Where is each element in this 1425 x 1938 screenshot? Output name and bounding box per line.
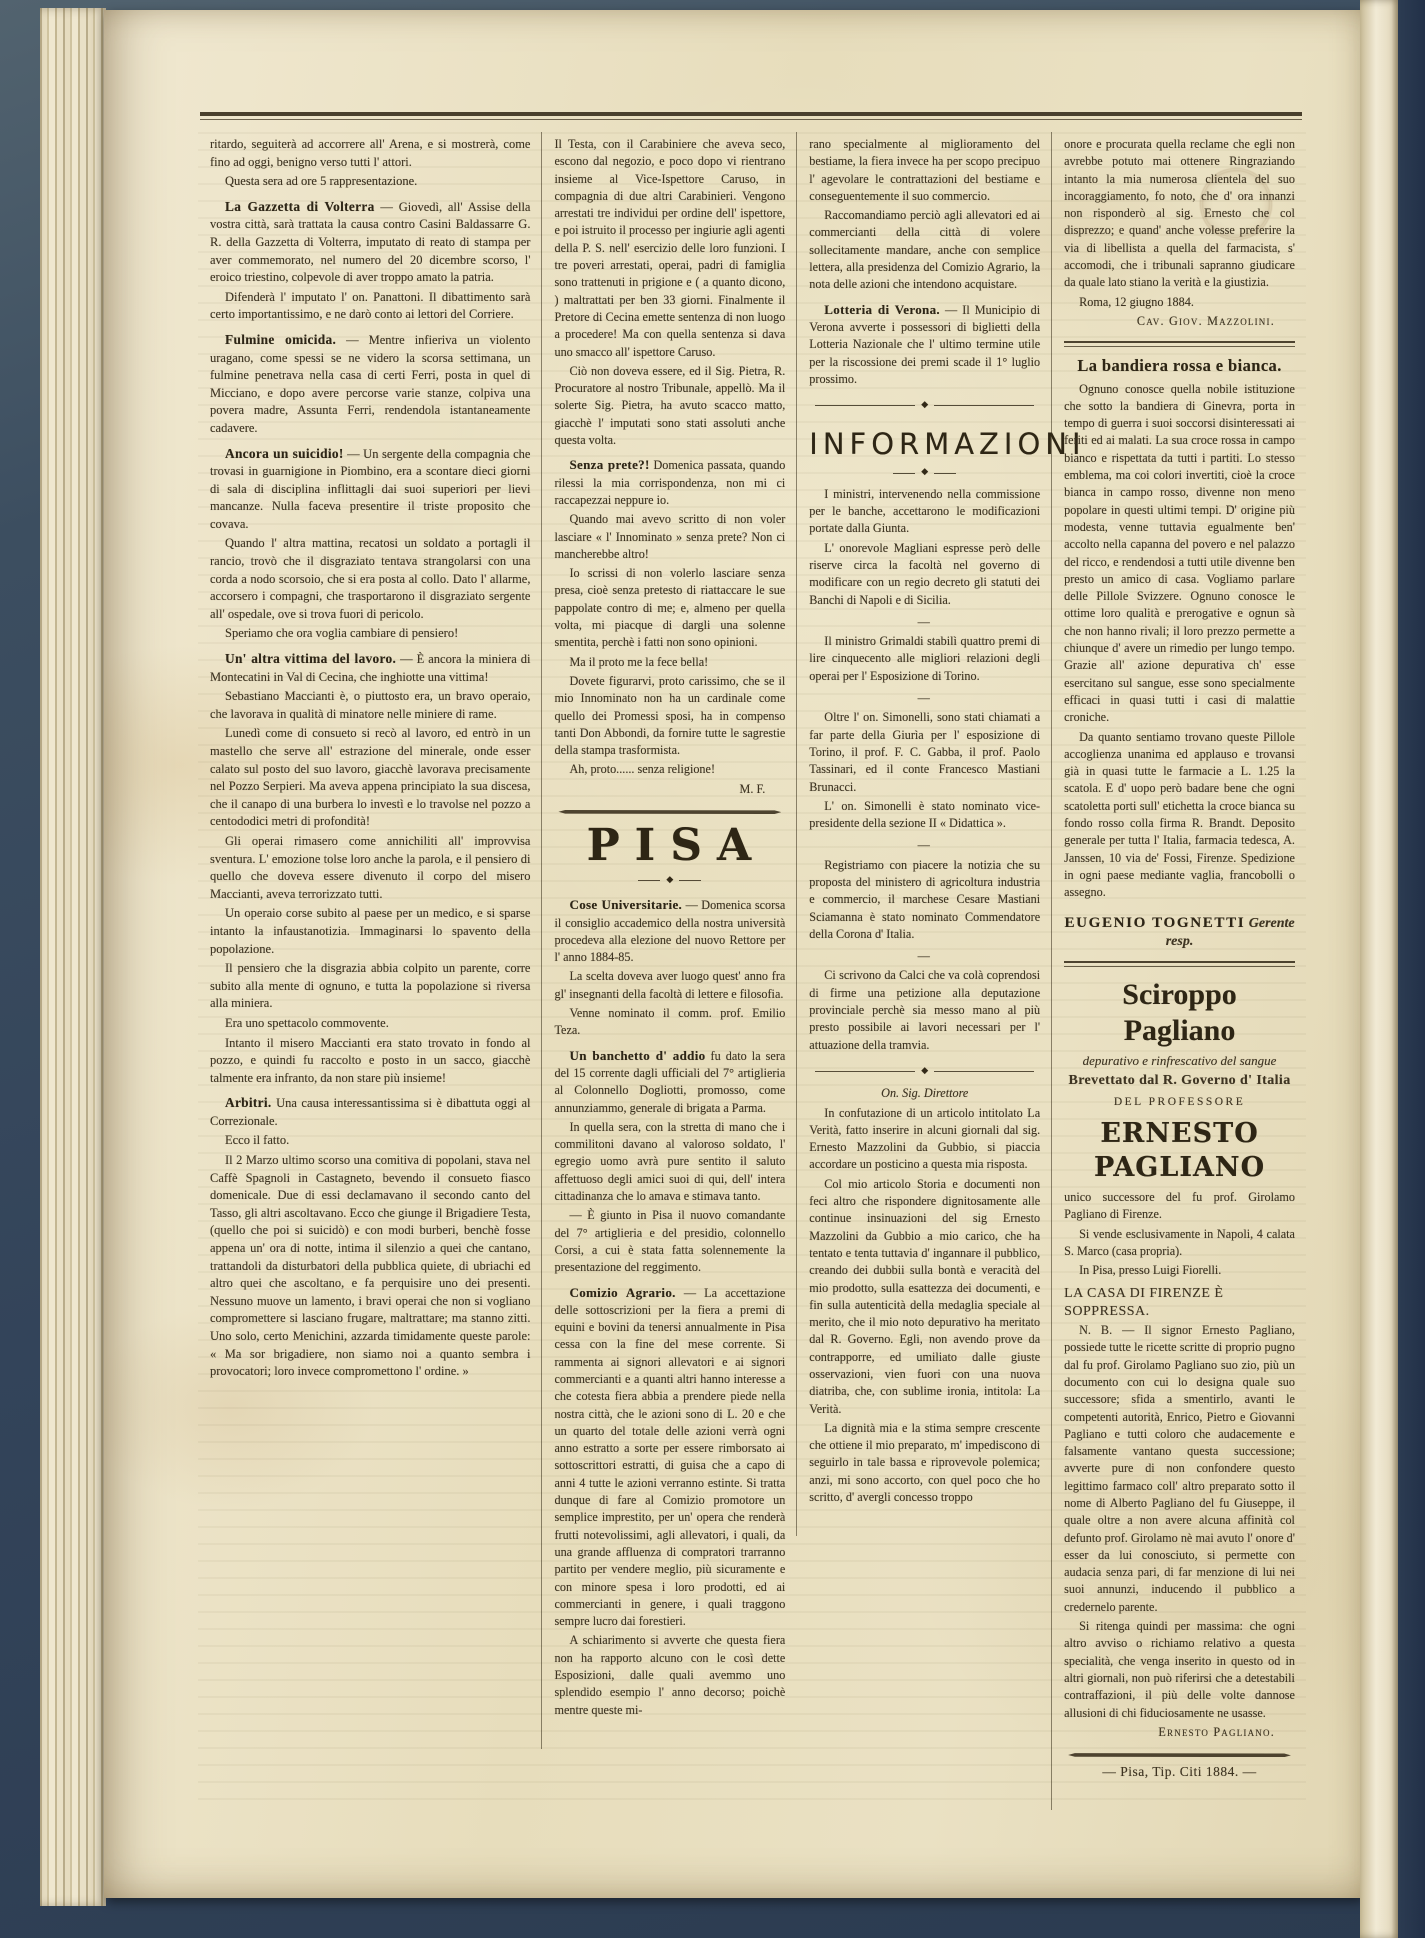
item-separator-dash: — — [809, 948, 1040, 965]
section-rule — [558, 810, 781, 814]
article-lead-heading: EUGENIO TOGNETTI — [1064, 915, 1245, 931]
ad-signature: Ernesto Pagliano. — [1064, 1724, 1295, 1741]
article-paragraph: Comizio Agrario. — La accettazione delle… — [554, 1284, 785, 1631]
article-paragraph: La scelta doveva aver luogo quest' anno … — [554, 968, 785, 1003]
column-2: Il Testa, con il Carabiniere che aveva s… — [541, 132, 796, 1749]
article-lead-heading: Arbitri. — [225, 1095, 272, 1110]
article-paragraph: Il pensiero che la disgrazia abbia colpi… — [210, 960, 530, 1013]
letter-divider: ◆ — [815, 1063, 1034, 1080]
article-lead-heading: Cose Universitarie. — [569, 897, 682, 912]
article-paragraph: Registriamo con piacere la notizia che s… — [809, 857, 1040, 943]
article-paragraph: Raccomandiamo perciò agli allevatori ed … — [809, 207, 1040, 293]
article-paragraph: Si vende esclusivamente in Napoli, 4 cal… — [1064, 1226, 1295, 1261]
divider-ornament-icon: ◆ — [660, 872, 679, 889]
article-paragraph: Ancora un suicidio! — Un sergente della … — [210, 445, 530, 534]
article-paragraph: Si ritenga quindi per massima: che ogni … — [1064, 1618, 1295, 1722]
article-paragraph: Il 2 Marzo ultimo scorso una comitiva di… — [210, 1152, 530, 1381]
article-paragraph: Lotteria di Verona. — Il Municipio di Ve… — [809, 301, 1040, 388]
ad-subtitle: depurativo e rinfrescativo del sangue — [1064, 1052, 1295, 1069]
article-paragraph: N. B. — Il signor Ernesto Pagliano, poss… — [1064, 1322, 1295, 1616]
ad-notice: LA CASA DI FIRENZE È SOPPRESSA. — [1064, 1285, 1295, 1320]
imprint-rule — [1068, 1753, 1291, 1757]
informazioni-heading: INFORMAZIONI — [809, 426, 1040, 462]
column-4: onore e procurata quella reclame che egl… — [1051, 132, 1306, 1810]
ad-professor-line: DEL PROFESSORE — [1064, 1094, 1295, 1111]
article-paragraph: Un' altra vittima del lavoro. — È ancora… — [210, 650, 530, 686]
article-lead-heading: Un' altra vittima del lavoro. — [225, 651, 396, 666]
article-paragraph: Senza prete?! Domenica passata, quando r… — [554, 456, 785, 509]
pisa-ornament: ◆ — [554, 872, 785, 889]
item-separator-dash: — — [809, 614, 1040, 631]
article-paragraph: L' on. Simonelli è stato nominato vice-p… — [809, 798, 1040, 833]
article-paragraph: — È giunto in Pisa il nuovo comandante d… — [554, 1207, 785, 1276]
dateline: Roma, 12 giugno 1884. — [1064, 294, 1295, 311]
article-paragraph: La Gazzetta di Volterra — Giovedì, all' … — [210, 198, 530, 287]
item-separator-dash: — — [809, 690, 1040, 707]
ad-title-ernesto: ERNESTO PAGLIANO — [1064, 1117, 1295, 1185]
article-paragraph: Ci scrivono da Calci che va colà coprend… — [809, 967, 1040, 1053]
divider-ornament-icon: ◆ — [915, 464, 934, 481]
item-separator-dash: — — [809, 837, 1040, 854]
column-1: ritardo, seguiterà ad accorrere all' Are… — [198, 132, 541, 1411]
article-paragraph: ritardo, seguiterà ad accorrere all' Are… — [210, 136, 530, 171]
gerente-line: EUGENIO TOGNETTI Gerente resp. — [1064, 915, 1295, 950]
article-paragraph: Un banchetto d' addio fu dato la sera de… — [554, 1047, 785, 1117]
article-paragraph: In confutazione di un articolo intitolat… — [809, 1105, 1040, 1174]
article-paragraph: Cose Universitarie. — Domenica scorsa il… — [554, 896, 785, 966]
article-paragraph: Quando l' altra mattina, recatosi un sol… — [210, 535, 530, 623]
divider-ornament-icon: ◆ — [915, 397, 934, 414]
article-paragraph: Era uno spettacolo commovente. — [210, 1015, 530, 1033]
article-lead-heading: Comizio Agrario. — [569, 1285, 675, 1300]
article-paragraph: Un operaio corse subito al paese per un … — [210, 905, 530, 958]
article-paragraph: La dignità mia e la stima sempre crescen… — [809, 1420, 1040, 1506]
article-paragraph: Ognuno conosce quella nobile istituzione… — [1064, 381, 1295, 727]
article-paragraph: rano specialmente al miglioramento del b… — [809, 136, 1040, 205]
article-paragraph: Il Testa, con il Carabiniere che aveva s… — [554, 136, 785, 361]
article-lead-heading: Un banchetto d' addio — [569, 1048, 705, 1063]
correspondent-initials: M. F. — [554, 781, 785, 798]
ad-patent-line: Brevettato dal R. Governo d' Italia — [1064, 1072, 1295, 1089]
columns: ritardo, seguiterà ad accorrere all' Are… — [198, 132, 1306, 1810]
section-divider: ◆ — [815, 397, 1034, 414]
article-paragraph: Arbitri. Una causa interessantissima si … — [210, 1094, 530, 1130]
bandiera-ad-heading: La bandiera rossa e bianca. — [1064, 357, 1295, 374]
column-3: rano specialmente al miglioramento del b… — [796, 132, 1051, 1536]
article-paragraph: Da quanto sentiamo trovano queste Pillol… — [1064, 729, 1295, 902]
ad-title-sciroppo: Sciroppo Pagliano — [1064, 977, 1295, 1049]
article-paragraph: Sebastiano Maccianti è, o piuttosto era,… — [210, 688, 530, 723]
header-rule — [200, 112, 1302, 120]
article-paragraph: Dovete figurarvi, proto carissimo, che s… — [554, 673, 785, 759]
article-paragraph: Intanto il misero Maccianti era stato tr… — [210, 1035, 530, 1088]
newspaper-page: ritardo, seguiterà ad accorrere all' Are… — [104, 10, 1360, 1898]
article-lead-heading: Fulmine omicida. — [225, 332, 336, 347]
book-cover-right — [1398, 0, 1425, 1938]
article-paragraph: Difenderà l' imputato l' on. Panattoni. … — [210, 289, 530, 324]
article-lead-heading: Lotteria di Verona. — [824, 302, 940, 317]
article-paragraph: I ministri, intervenendo nella commissio… — [809, 486, 1040, 538]
article-lead-heading: La Gazzetta di Volterra — [225, 199, 375, 214]
letter-salutation: On. Sig. Direttore — [809, 1085, 1040, 1102]
article-paragraph: Quando mai avevo scritto di non voler la… — [554, 511, 785, 563]
ad-separator-rule — [1064, 341, 1295, 347]
article-paragraph: Ciò non doveva essere, ed il Sig. Pietra… — [554, 363, 785, 449]
article-paragraph: Gli operai rimasero come annichiliti all… — [210, 833, 530, 903]
article-paragraph: Speriamo che ora voglia cambiare di pens… — [210, 625, 530, 643]
informazioni-ornament: ◆ — [809, 464, 1040, 481]
article-paragraph: Ecco il fatto. — [210, 1132, 530, 1150]
next-page-edge — [1360, 0, 1400, 1938]
article-paragraph: A schiarimento si avverte che questa fie… — [554, 1632, 785, 1718]
divider-ornament-icon: ◆ — [915, 1063, 934, 1080]
article-paragraph: Questa sera ad ore 5 rappresentazione. — [210, 173, 530, 191]
article-paragraph: Ma il proto me la fece bella! — [554, 654, 785, 671]
article-paragraph: In quella sera, con la stretta di mano c… — [554, 1119, 785, 1205]
spacer — [1064, 901, 1295, 909]
printer-imprint: — Pisa, Tip. Citi 1884. — — [1064, 1763, 1295, 1780]
article-lead-heading: Ancora un suicidio! — [225, 446, 344, 461]
article-paragraph: Il ministro Grimaldi stabilì quattro pre… — [809, 633, 1040, 685]
article-paragraph: In Pisa, presso Luigi Fiorelli. — [1064, 1262, 1295, 1279]
article-lead-heading: Senza prete?! — [569, 457, 649, 472]
article-paragraph: L' onorevole Magliani espresse però dell… — [809, 540, 1040, 609]
article-paragraph: unico successore del fu prof. Girolamo P… — [1064, 1189, 1295, 1224]
article-paragraph: Oltre l' on. Simonelli, sono stati chiam… — [809, 709, 1040, 795]
pisa-section-heading: PISA — [554, 822, 785, 870]
article-paragraph: Col mio articolo Storia e documenti non … — [809, 1176, 1040, 1418]
article-paragraph: Io scrissi di non volerlo lasciare senza… — [554, 565, 785, 651]
letter-signature: Cav. Giov. Mazzolini. — [1064, 313, 1295, 330]
article-paragraph: Lunedì come di consueto si recò al lavor… — [210, 725, 530, 831]
article-paragraph: Fulmine omicida. — Mentre infieriva un v… — [210, 331, 530, 438]
article-paragraph: Ah, proto...... senza religione! — [554, 761, 785, 778]
ad-separator-rule — [1064, 961, 1295, 967]
page-stack-edge — [40, 8, 106, 1906]
article-paragraph: Venne nominato il comm. prof. Emilio Tez… — [554, 1005, 785, 1040]
article-paragraph: onore e procurata quella reclame che egl… — [1064, 136, 1295, 292]
